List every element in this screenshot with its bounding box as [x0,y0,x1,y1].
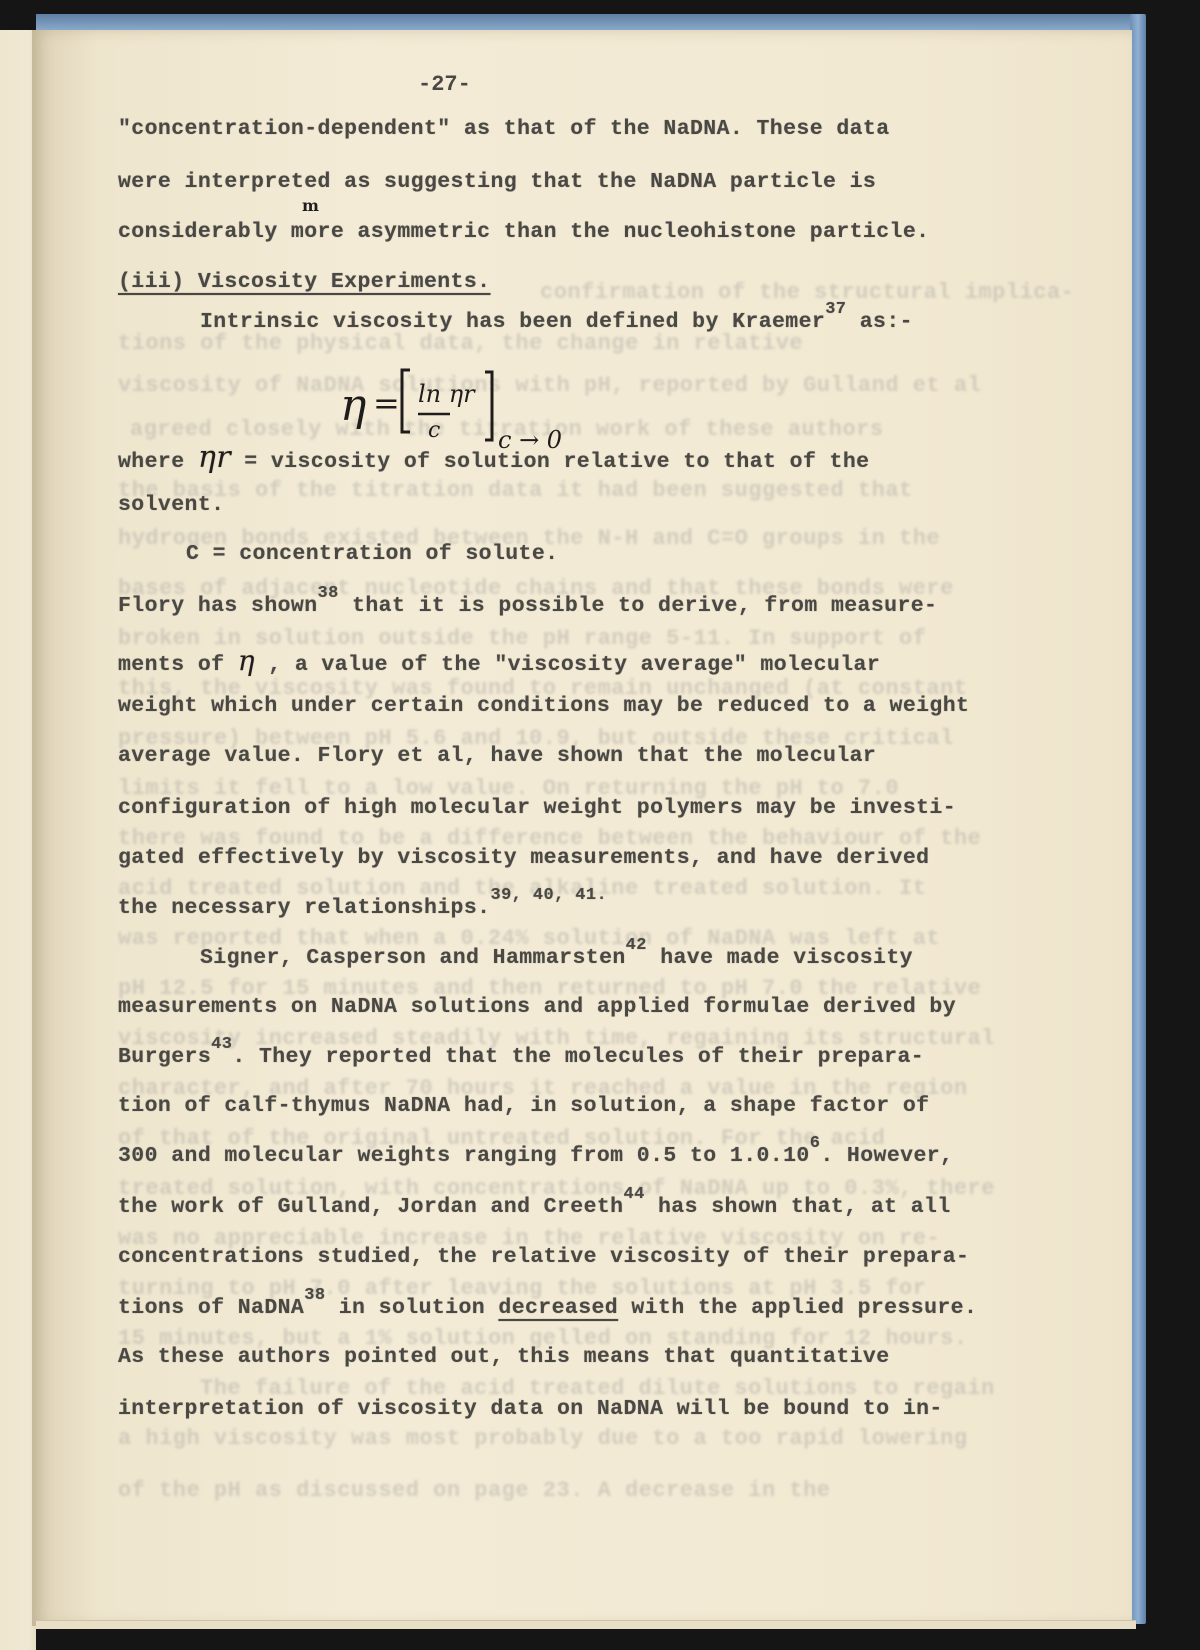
formula-numerator: ln ηr [418,380,475,408]
text-line: tion of calf-thymus NaDNA had, in soluti… [118,1094,929,1118]
citation-superscript: 43 [211,1035,232,1054]
text-content: ments of [118,653,238,677]
text-content: Signer, Casperson and Hammarsten [200,946,626,970]
citation-superscript: 39, 40, 41. [490,886,607,905]
text-line: concentrations studied, the relative vis… [118,1245,969,1269]
show-through-line: tions of the physical data, the change i… [118,331,803,356]
eta-symbol: η [340,380,366,431]
text-line: C = concentration of solute. [186,542,558,566]
text-line: the necessary relationships.39, 40, 41. [118,896,607,920]
citation-superscript: 37 [825,300,846,319]
text-content: Intrinsic viscosity has been defined by … [200,310,825,334]
text-content: Flory has shown [118,594,318,618]
eta-r-symbol: ηr [198,440,231,475]
text-line: measurements on NaDNA solutions and appl… [118,995,956,1019]
text-content: the work of Gulland, Jordan and Creeth [118,1195,623,1219]
text-line: "concentration-dependent" as that of the… [118,117,890,141]
text-line: Flory has shown38 that it is possible to… [118,594,937,618]
citation-superscript: 42 [626,936,647,955]
text-content: . However, [820,1144,953,1168]
text-line: Signer, Casperson and Hammarsten42 have … [200,946,913,970]
text-content: as:- [846,310,913,334]
book-cover-right-edge [1130,14,1146,1624]
text-content: with the applied pressure. [618,1296,977,1320]
text-line: were interpreted as suggesting that the … [118,170,876,194]
text-line: 300 and molecular weights ranging from 0… [118,1144,953,1168]
show-through-line: of the pH as discussed on page 23. A dec… [118,1478,831,1503]
text-content: has shown that, at all [645,1195,951,1219]
facing-page-edge [0,30,36,1650]
text-line: interpretation of viscosity data on NaDN… [118,1397,943,1421]
text-content: have made viscosity [647,946,913,970]
citation-superscript: 38 [304,1286,325,1305]
text-content: = viscosity of solution relative to that… [231,450,870,474]
show-through-line: the basis of the titration data it had b… [118,478,913,503]
show-through-line: confirmation of the structural implica- [540,280,1074,305]
equals-sign: = [373,384,400,422]
page-number: -27- [418,72,471,97]
text-content: where [118,450,198,474]
citation-superscript: 44 [623,1185,644,1204]
eta-symbol: η [238,644,255,677]
underlined-word: decreased [498,1296,618,1320]
text-content: in solution [325,1296,498,1320]
exponent-superscript: 6 [810,1134,821,1153]
text-content: that it is possible to derive, from meas… [339,594,938,618]
handwritten-correction: m [302,196,319,215]
text-line: configuration of high molecular weight p… [118,796,956,820]
text-line: where ηr = viscosity of solution relativ… [118,440,869,475]
text-line: As these authors pointed out, this means… [118,1345,890,1369]
text-line: average value. Flory et al, have shown t… [118,744,876,768]
text-content: Burgers [118,1045,211,1069]
page-bottom-edge [36,1620,1136,1629]
text-line: the work of Gulland, Jordan and Creeth44… [118,1195,951,1219]
text-line: weight which under certain conditions ma… [118,694,969,718]
text-content: tions of NaDNA [118,1296,304,1320]
text-content: considerably more asymmetric than the nu… [118,220,929,244]
section-heading: (iii) Viscosity Experiments. [118,270,490,294]
text-line: Intrinsic viscosity has been defined by … [200,310,913,334]
text-line: gated effectively by viscosity measureme… [118,846,929,870]
text-line: Burgers43. They reported that the molecu… [118,1045,924,1069]
text-content: 300 and molecular weights ranging from 0… [118,1144,810,1168]
text-content: the necessary relationships. [118,896,490,920]
text-line: ments of η , a value of the "viscosity a… [118,644,880,677]
text-line: solvent. [118,493,224,517]
text-content: , a value of the "viscosity average" mol… [255,653,880,677]
show-through-line: a high viscosity was most probably due t… [118,1426,968,1451]
text-content: . They reported that the molecules of th… [232,1045,924,1069]
text-line: considerably more asymmetric than the nu… [118,220,929,244]
citation-superscript: 38 [318,584,339,603]
text-line: tions of NaDNA38 in solution decreased w… [118,1296,977,1320]
